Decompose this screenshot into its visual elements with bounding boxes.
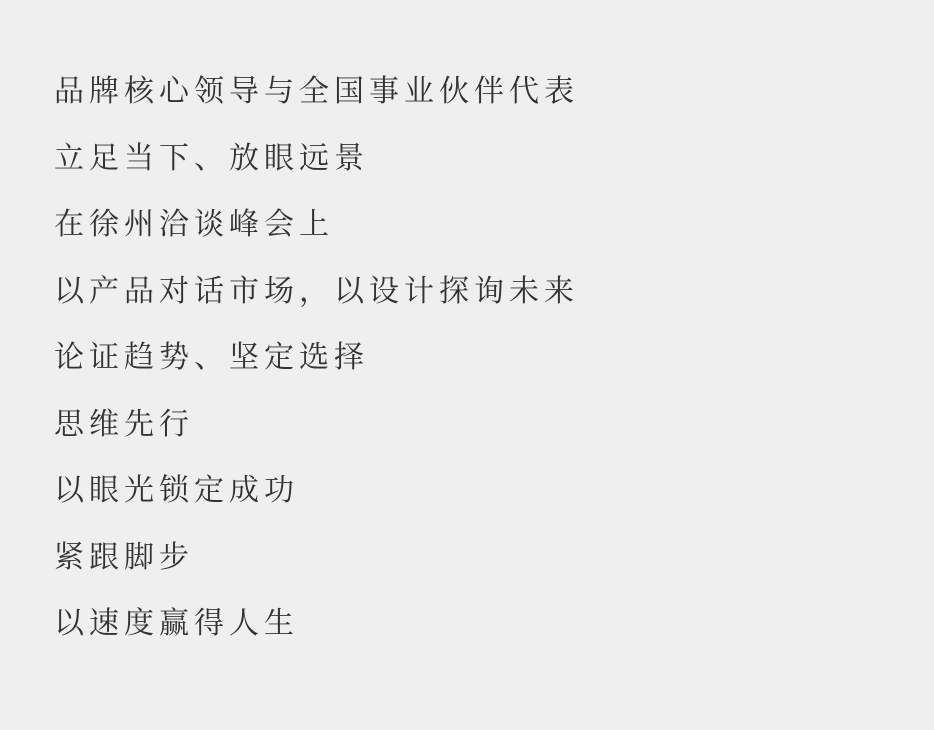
text-line-3: 在徐州洽谈峰会上	[54, 192, 934, 259]
text-line-2: 立足当下、放眼远景	[54, 126, 934, 193]
text-line-1: 品牌核心领导与全国事业伙伴代表	[54, 59, 934, 126]
text-line-6: 思维先行	[54, 392, 934, 459]
text-line-5: 论证趋势、坚定选择	[54, 325, 934, 392]
text-line-4: 以产品对话市场，以设计探询未来	[54, 259, 934, 326]
text-line-7: 以眼光锁定成功	[54, 458, 934, 525]
text-line-9: 以速度赢得人生	[54, 591, 934, 658]
document-page: 品牌核心领导与全国事业伙伴代表 立足当下、放眼远景 在徐州洽谈峰会上 以产品对话…	[0, 0, 934, 730]
text-line-8: 紧跟脚步	[54, 525, 934, 592]
